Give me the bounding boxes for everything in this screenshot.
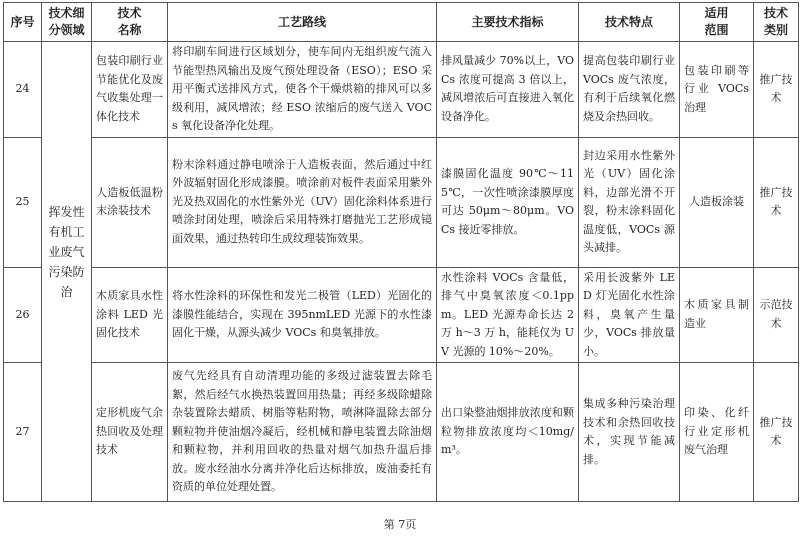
tech-features: 集成多种污染治理技术和余热回收技术，实现节能减排。 — [579, 363, 680, 502]
process-route: 将印刷车间进行区域划分，使车间内无组织废气流入节能型热风输出及废气预处理设备（E… — [168, 42, 437, 138]
table-row: 27 定形机废气余热回收及处理技术 废气先经具有自动清理功能的多级过滤装置去除毛… — [4, 363, 799, 502]
technology-table: 序号 技术细分领域 技术名称 工艺路线 主要技术指标 技术特点 适用范围 技术类… — [3, 2, 799, 502]
table-row: 26 木质家具水性涂料 LED 光固化技术 将水性涂料的环保性和发光二极管（LE… — [4, 267, 799, 363]
tech-name: 定形机废气余热回收及处理技术 — [92, 363, 168, 502]
key-indicators: 漆膜固化温度 90℃～115℃，一次性喷涂漆膜厚度可达 50μm～80μm。VO… — [437, 137, 579, 267]
header-scope: 适用范围 — [680, 3, 754, 42]
process-route: 粉末涂料通过静电喷涂于人造板表面，然后通过中红外波辐射固化形成漆膜。喷涂前对板件… — [168, 137, 437, 267]
scope: 木质家具制造业 — [680, 267, 754, 363]
header-name: 技术名称 — [92, 3, 168, 42]
tech-features: 采用长波紫外 LED 灯光固化水性涂料，臭氧产生量少，VOCs 排放量小。 — [579, 267, 680, 363]
header-row: 序号 技术细分领域 技术名称 工艺路线 主要技术指标 技术特点 适用范围 技术类… — [4, 3, 799, 42]
process-route: 将水性涂料的环保性和发光二极管（LED）光固化的漆膜性能结合，实现在 395nm… — [168, 267, 437, 363]
table-row: 25 人造板低温粉末涂装技术 粉末涂料通过静电喷涂于人造板表面，然后通过中红外波… — [4, 137, 799, 267]
row-no: 27 — [4, 363, 42, 502]
tech-features: 提高包装印刷行业 VOCs 废气浓度，有利于后续氧化燃烧及余热回收。 — [579, 42, 680, 138]
tech-name: 人造板低温粉末涂装技术 — [92, 137, 168, 267]
table-row: 24 挥发性有机工业废气污染防治 包装印刷行业节能优化及废气收集处理一体化技术 … — [4, 42, 799, 138]
category: 推广技术 — [754, 363, 799, 502]
scope: 包装印刷等行业 VOCs 治理 — [680, 42, 754, 138]
header-route: 工艺路线 — [168, 3, 437, 42]
process-route: 废气先经具有自动清理功能的多级过滤装置去除毛絮，然后经气水换热装置回用热量；再经… — [168, 363, 437, 502]
key-indicators: 水性涂料 VOCs 含量低，排气中臭氧浓度＜0.1ppm。LED 光源寿命长达 … — [437, 267, 579, 363]
tech-name: 包装印刷行业节能优化及废气收集处理一体化技术 — [92, 42, 168, 138]
page-number: 第 7页 — [0, 516, 800, 532]
header-field: 技术细分领域 — [42, 3, 92, 42]
scope: 人造板涂装 — [680, 137, 754, 267]
key-indicators: 排风量减少 70%以上，VOCs 浓度可提高 3 倍以上，减风增浓后可直接进入氧… — [437, 42, 579, 138]
header-no: 序号 — [4, 3, 42, 42]
subfield-cell: 挥发性有机工业废气污染防治 — [42, 42, 92, 502]
scope: 印染、化纤行业定形机废气治理 — [680, 363, 754, 502]
category: 推广技术 — [754, 137, 799, 267]
key-indicators: 出口染整油烟排放浓度和颗粒物排放浓度均＜10mg/m³。 — [437, 363, 579, 502]
tech-features: 封边采用水性紫外光（UV）固化涂料，边部光滑不开裂，粉末涂料固化温度低，VOCs… — [579, 137, 680, 267]
row-no: 24 — [4, 42, 42, 138]
row-no: 26 — [4, 267, 42, 363]
header-features: 技术特点 — [579, 3, 680, 42]
category: 推广技术 — [754, 42, 799, 138]
header-category: 技术类别 — [754, 3, 799, 42]
row-no: 25 — [4, 137, 42, 267]
header-indicators: 主要技术指标 — [437, 3, 579, 42]
tech-name: 木质家具水性涂料 LED 光固化技术 — [92, 267, 168, 363]
category: 示范技术 — [754, 267, 799, 363]
